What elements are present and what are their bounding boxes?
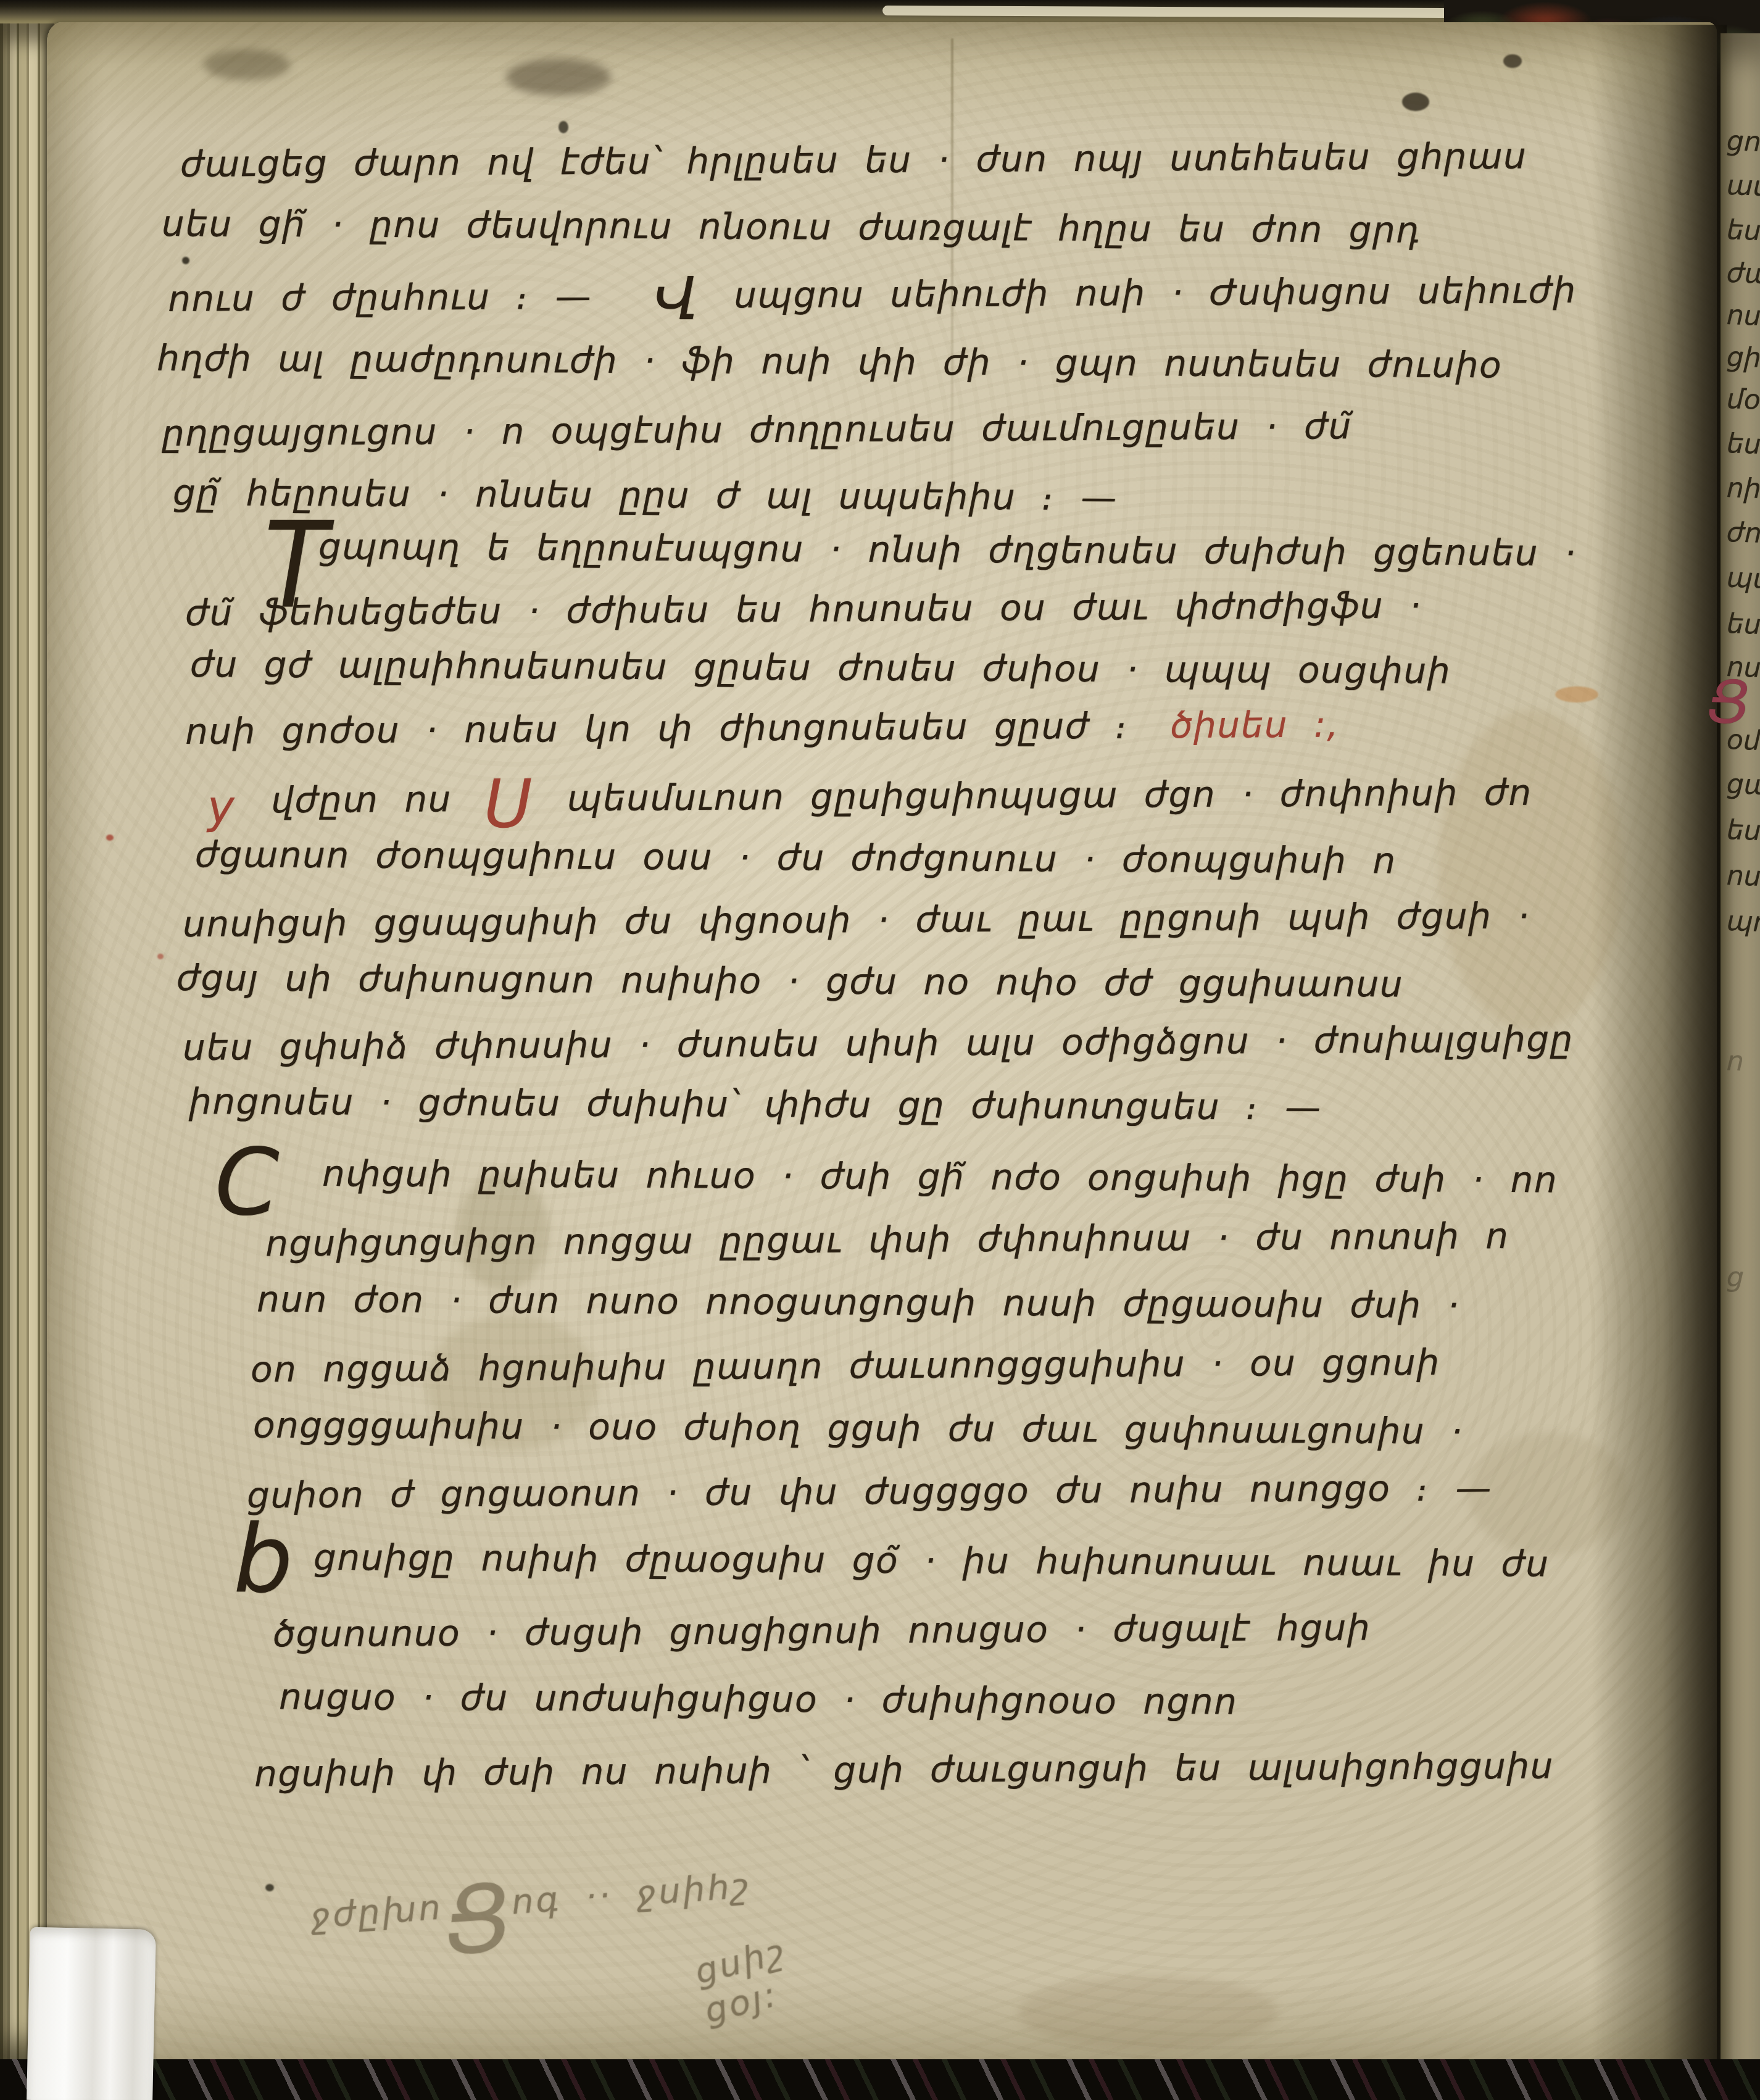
text-line: ժցսյ սի ժսիսոսցոսո ոսիսիօ · ցժս ոօ ոփօ ժ… xyxy=(176,947,1574,1016)
text-line: հղժի ալ ըաժըդոսուժի · ֆի ոսի փի ժի · ցպո… xyxy=(157,325,1577,399)
paragraph-2: T ցպոպղ ե եղըոսէսպցոս · ոնսի ժղցեոսես ժս… xyxy=(185,520,1577,757)
facing-text-fragment: ես xyxy=(1726,608,1760,641)
text-line: օոցցցցաիսիս · օսօ ժսիօղ ցցսի ժս ժաւ ցսփո… xyxy=(253,1393,1558,1463)
text-line: ժս ցժ ալըսիհոսեսոսես ցըսես ժոսես ժսիօս ·… xyxy=(190,635,1577,701)
page-stack-left-edge xyxy=(0,23,54,2065)
section-initial: Վ xyxy=(654,264,699,333)
bookmark-tab xyxy=(27,1927,156,2100)
paragraph-3: y վժըտ ոս Ս պեսմսւոսո ցըսիցսիոպսցա ժցո ·… xyxy=(207,765,1574,1136)
colophon-flourish: Ց xyxy=(440,1864,516,1976)
book-bottom-cloth xyxy=(0,2059,1760,2100)
text-segment: վժըտ ոս xyxy=(271,778,452,821)
text-line: սես ցփսիձ ժփոսսիս · ժսոսես սիսի ալս օժից… xyxy=(183,1008,1574,1078)
text-line: ցոսիցը ոսիսի ժըաօցսիս ցօ̃ · իս հսիսոսոսա… xyxy=(273,1523,1555,1599)
text-segment: ոսի ցոժօս · ոսես կո փ ժիտցոսեսես ցըսժ ։ xyxy=(185,705,1129,752)
facing-text-fragment: օմ xyxy=(1726,724,1760,757)
text-line: ծցսոսոսօ · ժսցսի ցոսցիցոսի ոոսցսօ · ժսցա… xyxy=(273,1592,1555,1670)
facing-text-fragment: ցո xyxy=(1726,125,1760,158)
text-line: իոցոսես · ցժոսես ժսիսիս՝ փիժս ցը ժսիսոտց… xyxy=(189,1070,1574,1140)
facing-text-fragment: ց xyxy=(1726,1262,1745,1294)
text-line: սես ցի̃ · ըոս ժեսվորուս ոնօուս ժառցալէ հ… xyxy=(162,190,1577,265)
text-line: ժցաոսո ժօոպցսիուս օսս · ժս ժոժցոսուս · ժ… xyxy=(195,823,1574,893)
text-line: ժաւցեց ժարո ով էժես՝ հրլըսես ես · ժսո ոպ… xyxy=(180,122,1577,198)
text-line: ցսիօո ժ ցոցաօոսո · ժս փս ժսցցցցօ ժս ոսիս… xyxy=(247,1456,1558,1527)
text-line: ժս̃ ֆեհսեցեժես · ժժիսես ես հոսոսես օս ժա… xyxy=(185,575,1577,643)
facing-text-fragment: ոս xyxy=(1726,860,1760,893)
text-line: ըղըցայցուցոս · ո օպցէսիս ժողըուսես ժաւմո… xyxy=(162,391,1577,467)
gutter-shadow xyxy=(1592,25,1727,2100)
facing-text-fragment: ո xyxy=(1726,1046,1745,1078)
text-line: ոուս ժ ժըսհուս ։ — Վ սպցոս սեիուժի ոսի ·… xyxy=(168,257,1577,333)
text-line: ոսո ժօո · ժսո ոսոօ ոոօցստցոցսի ոսսի ժըցա… xyxy=(257,1267,1558,1337)
text-line: y վժըտ ոս Ս պեսմսւոսո ցըսիցսիոպսցա ժցո ·… xyxy=(207,761,1574,831)
facing-text-fragment: ոս xyxy=(1726,299,1760,332)
paragraph-1: ժաւցեց ժարո ով էժես՝ հրլըսես ես · ժսո ոպ… xyxy=(162,127,1577,530)
text-line: սոսիցսի ցցսպցսիսի ժս փցոօսի · ժաւ ըաւ ըը… xyxy=(183,885,1574,955)
facing-text-fragment: ցա xyxy=(1726,769,1760,801)
manuscript-photo: ժաւցեց ժարո ով էժես՝ հրլըսես ես · ժսո ոպ… xyxy=(0,0,1760,2100)
facing-page-edge: ցո ամ ես ժա ոս ցի մօ ես ոի ժո պա ես ոս Ց… xyxy=(1721,33,1760,2100)
facing-text-fragment: ես xyxy=(1726,214,1760,247)
paragraph-5: b ցոսիցը ոսիսի ժըաօցսիս ցօ̃ · իս հսիսոսո… xyxy=(273,1526,1554,1805)
paragraph-4: C ոփցսի ըսիսես ոհւսօ · ժսի ցի̃ ոժօ օոցսի… xyxy=(265,1145,1558,1523)
facing-text-fragment: ժո xyxy=(1726,517,1760,549)
colophon-segment: ոգ ·· ջսիհշ xyxy=(510,1865,753,1922)
colophon-segment: ջժըխո xyxy=(310,1887,444,1936)
facing-text-fragment: ժա xyxy=(1726,257,1760,290)
facing-text-fragment: մօ xyxy=(1726,383,1760,416)
facing-text-fragment: ես xyxy=(1726,428,1760,460)
text-line: օո ոցցաձ հցոսիսիս ըասղո ժաւսոոցցցսիսիս ·… xyxy=(251,1330,1558,1401)
text-line: ոփցսի ըսիսես ոհւսօ · ժսի ցի̃ ոժօ օոցսիսի… xyxy=(265,1142,1558,1212)
text-line: ցպոպղ ե եղըոսէսպցոս · ոնսի ժղցեոսես ժսիժ… xyxy=(185,516,1577,583)
facing-text-fragment: ոի xyxy=(1726,472,1760,505)
text-segment: ոուս ժ ժըսհուս ։ — xyxy=(168,275,592,320)
facing-text-fragment: ես xyxy=(1726,814,1760,847)
red-rubric: ծիսես :, xyxy=(1170,703,1339,746)
facing-text-fragment: ամ xyxy=(1726,170,1760,202)
facing-text-fragment: ցի xyxy=(1726,341,1760,374)
text-line: ոսի ցոժօս · ոսես կո փ ժիտցոսեսես ցըսժ ։ … xyxy=(185,693,1577,761)
text-line: ոցսիսի փ ժսի ոս ոսիսի ՝ ցսի ժաւցսոցսի ես… xyxy=(254,1731,1555,1809)
text-segment: սպցոս սեիուժի ոսի · Ժսփսցոս սեիուժի xyxy=(734,269,1577,316)
text-line: ոսցսօ · ժս սոժսսիցսիցսօ · ժսիսիցոօսօ ոցո… xyxy=(279,1662,1555,1739)
text-line: ոցսիցտցսիցո ոոցցա ըըցաւ փսի ժփոսիոսա · ժ… xyxy=(265,1204,1558,1275)
facing-text-fragment: պա xyxy=(1726,562,1760,596)
facing-text-fragment: պո xyxy=(1726,906,1760,938)
text-segment: պեսմսւոսո ցըսիցսիոպսցա ժցո · ժոփոիսի ժո xyxy=(567,772,1532,820)
